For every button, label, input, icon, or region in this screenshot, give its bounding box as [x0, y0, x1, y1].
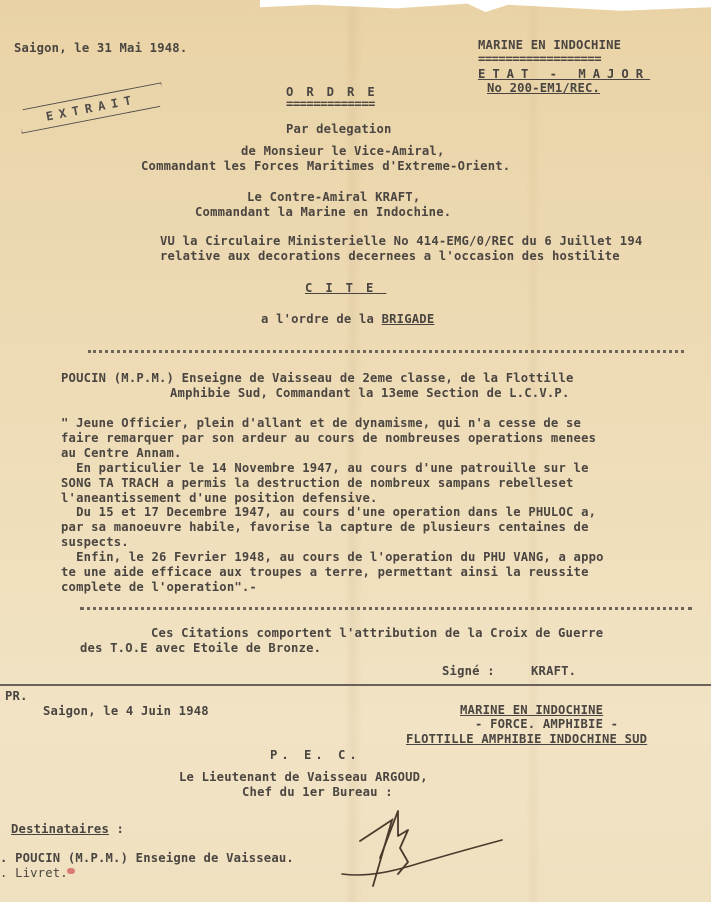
torn-edge [260, 0, 711, 12]
header-org: MARINE EN INDOCHINE [478, 38, 621, 52]
signed-label: Signé : [442, 664, 495, 678]
citation-body-line: l'aneantissement d'une position defensiv… [61, 491, 378, 505]
recipient-item: . Livret. [0, 866, 68, 880]
authority-line-2: Commandant les Forces Maritimes d'Extrem… [141, 159, 510, 173]
extract-org-line-1: MARINE EN INDOCHINE [460, 703, 603, 717]
header-date: Saigon, le 31 Mai 1948. [14, 41, 187, 55]
dotted-separator-top [88, 350, 684, 353]
signer-line-2: Commandant la Marine en Indochine. [195, 205, 451, 219]
recipient-item: . POUCIN (M.P.M.) Enseigne de Vaisseau. [0, 851, 294, 865]
recipient-line-1: POUCIN (M.P.M.) Enseigne de Vaisseau de … [61, 371, 574, 385]
citation-body-line: te une aide efficace aux troupes a terre… [61, 565, 589, 579]
recipients-label: Destinataires [11, 822, 109, 836]
citation-body-line: suspects. [61, 535, 129, 549]
document-page: Saigon, le 31 Mai 1948. EXTRAIT MARINE E… [0, 0, 711, 902]
pr-label: PR. [5, 689, 28, 703]
stamp-label: EXTRAIT [45, 92, 139, 123]
extract-org-line-2: - FORCE. AMPHIBIE - [475, 717, 618, 731]
order-title-rule: ============= [286, 97, 375, 111]
citation-body-line: faire remarquer par son ardeur au cours … [61, 431, 596, 445]
section-divider [0, 684, 711, 686]
vu-line-2: relative aux decorations decernees a l'o… [160, 249, 620, 263]
red-ink-mark [67, 868, 75, 874]
citation-body-line: SONG TA TRACH a permis la destruction de… [61, 476, 574, 490]
citation-body-line: complete de l'operation".- [61, 580, 257, 594]
extract-date: Saigon, le 4 Juin 1948 [43, 704, 209, 718]
dotted-separator-bottom [80, 607, 692, 610]
authority-line-1: de Monsieur le Vice-Amiral, [241, 144, 445, 158]
header-ref-no: No 200-EM1/REC. [487, 81, 600, 95]
extract-org-line-3: FLOTTILLE AMPHIBIE INDOCHINE SUD [406, 732, 647, 746]
header-etat-major: ETAT - MAJOR [478, 67, 650, 81]
officer-line-1: Le Lieutenant de Vaisseau ARGOUD, [179, 770, 428, 784]
citation-body-line: Enfin, le 26 Fevrier 1948, au cours de l… [61, 550, 604, 564]
recipient-line-2: Amphibie Sud, Commandant la 13eme Sectio… [170, 386, 570, 400]
signed-name: KRAFT. [531, 664, 576, 678]
award-line-2: des T.O.E avec Etoile de Bronze. [80, 641, 321, 655]
handwritten-signature-icon [340, 808, 510, 898]
recipients-colon: : [109, 822, 124, 836]
signer-line-1: Le Contre-Amiral KRAFT, [247, 190, 420, 204]
extrait-stamp: EXTRAIT [17, 82, 166, 134]
citation-body-line: Du 15 et 17 Decembre 1947, au cours d'un… [61, 505, 596, 519]
officer-line-2: Chef du 1er Bureau : [242, 785, 393, 799]
award-line-1: Ces Citations comportent l'attribution d… [151, 626, 603, 640]
citation-body-line: au Centre Annam. [61, 446, 182, 460]
citation-body-line: par sa manoeuvre habile, favorise la cap… [61, 520, 589, 534]
order-delegation: Par delegation [286, 122, 392, 136]
cite-heading: CITE [305, 281, 386, 295]
recipients-heading: Destinataires : [11, 822, 124, 836]
header-org-rule: ================== [478, 52, 601, 66]
cite-order-level: BRIGADE [382, 312, 435, 326]
citation-body-line: En particulier le 14 Novembre 1947, au c… [61, 461, 589, 475]
vu-line-1: VU la Circulaire Ministerielle No 414-EM… [160, 234, 642, 248]
pec-label: P. E. C. [270, 748, 361, 762]
cite-order-prefix: a l'ordre de la [261, 312, 382, 326]
citation-body-line: " Jeune Officier, plein d'allant et de d… [61, 416, 581, 430]
cite-order-line: a l'ordre de la BRIGADE [261, 312, 434, 326]
